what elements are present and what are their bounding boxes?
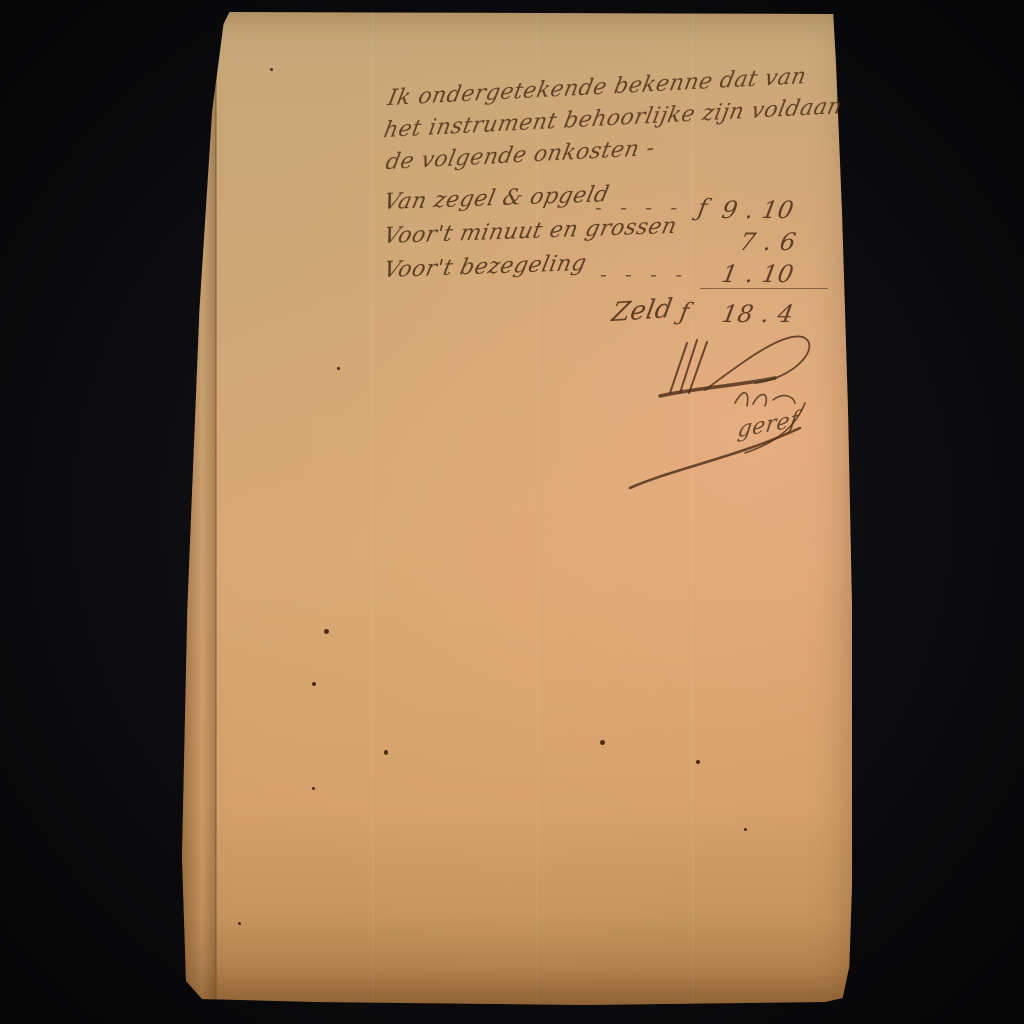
paper-stain <box>182 916 852 1006</box>
paper-speck <box>337 367 340 370</box>
paper-speck <box>384 750 388 755</box>
cost-item-dashes: - - - - <box>600 262 688 286</box>
signature-flourish <box>625 318 825 493</box>
paper-crease <box>692 12 693 1006</box>
folded-edge <box>182 12 216 1006</box>
paper-speck <box>312 787 315 790</box>
paper-speck <box>324 629 329 634</box>
paper-speck <box>270 68 273 71</box>
fold-line <box>215 12 217 1006</box>
paper-speck <box>238 922 241 925</box>
cost-item-amount: 1 . 10 <box>720 260 797 288</box>
paper-crease <box>372 12 373 1006</box>
cost-item-amount: 7 . 6 <box>738 228 799 256</box>
paper-speck <box>600 740 605 745</box>
paper-speck <box>744 828 747 831</box>
paper-speck <box>696 760 700 764</box>
paper-speck <box>312 682 316 686</box>
photo-background: Ik ondergetekende bekenne dat van het in… <box>0 0 1024 1024</box>
cost-item-amount: 9 . 10 <box>720 196 797 224</box>
sum-rule <box>700 288 828 289</box>
